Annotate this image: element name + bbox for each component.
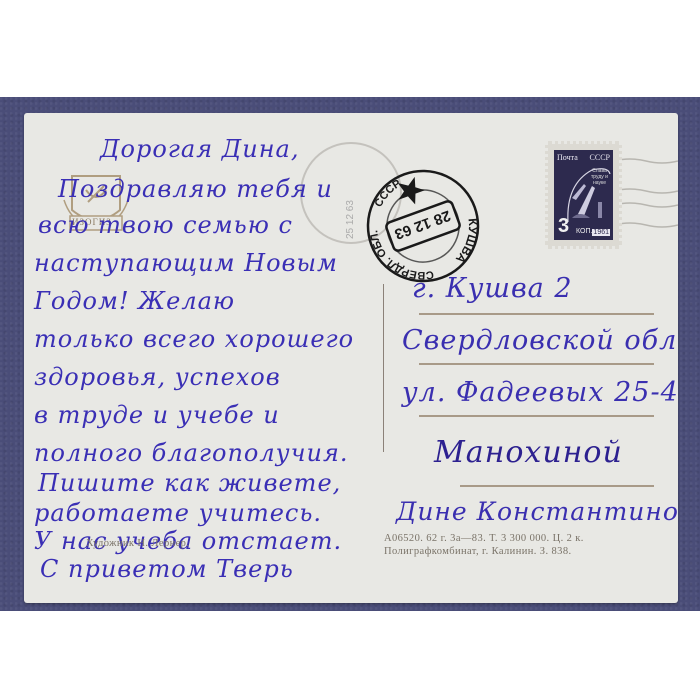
artist-credit: Художник Н. Лернер. — [86, 538, 189, 549]
message-line: полного благополучия. — [34, 439, 348, 467]
message-line: наступающим Новым — [34, 249, 338, 277]
cancellation-lines — [614, 153, 678, 233]
postage-stamp: Почта СССР Слава труду и науке 3 КОП. 19… — [545, 141, 622, 249]
stamp-unit: КОП. — [576, 228, 592, 235]
center-divider — [383, 284, 384, 452]
address-line — [419, 313, 654, 315]
message-line: здоровья, успехов — [34, 363, 281, 391]
rocket-icon — [562, 164, 612, 226]
address-line — [419, 363, 654, 365]
postmark-country: СССР — [367, 177, 408, 212]
postcard: 25 12 63 ИЗОГИЗ Дорогая Дина, Поздравляю… — [24, 113, 678, 603]
address-region: Свердловской обл. — [402, 325, 678, 356]
stamp-year: 1961 — [592, 229, 610, 236]
message-line: всю твою семью с — [38, 211, 293, 239]
svg-text:СССР: СССР — [367, 177, 408, 212]
address-street: ул. Фадеевых 25-4 — [402, 377, 678, 408]
address-surname: Манохиной — [434, 435, 623, 470]
message-line: только всего хорошего — [34, 325, 354, 353]
message-line: Годом! Желаю — [34, 287, 235, 315]
message-line: Поздравляю тебя и — [58, 175, 333, 203]
message-line: Пишите как живете, — [38, 469, 341, 497]
postmark-stamp: КУШВА СВЕРДЛ. ОБЛ. СССР 28 12 63 — [364, 167, 482, 285]
stamp-value: 3 — [558, 215, 569, 238]
message-line: работаете учитесь. — [34, 499, 322, 527]
message-line: в труде и учебе и — [34, 401, 280, 429]
imprint-line-1: А06520. 62 г. 3а—83. Т. 3 300 000. Ц. 2 … — [384, 533, 584, 544]
address-line — [460, 485, 654, 487]
address-line — [419, 415, 654, 417]
star-icon — [393, 175, 428, 209]
stamp-header-left: Почта — [557, 153, 578, 162]
message-line: С приветом Тверь — [40, 555, 294, 583]
address-name: Дине Константиновне — [396, 497, 678, 526]
imprint-line-2: Полиграфкомбинат, г. Калинин. З. 838. — [384, 546, 572, 557]
svg-text:25 12 63: 25 12 63 — [345, 200, 356, 239]
message-line: Дорогая Дина, — [100, 135, 299, 163]
stamp-header-right: СССР — [590, 153, 610, 162]
